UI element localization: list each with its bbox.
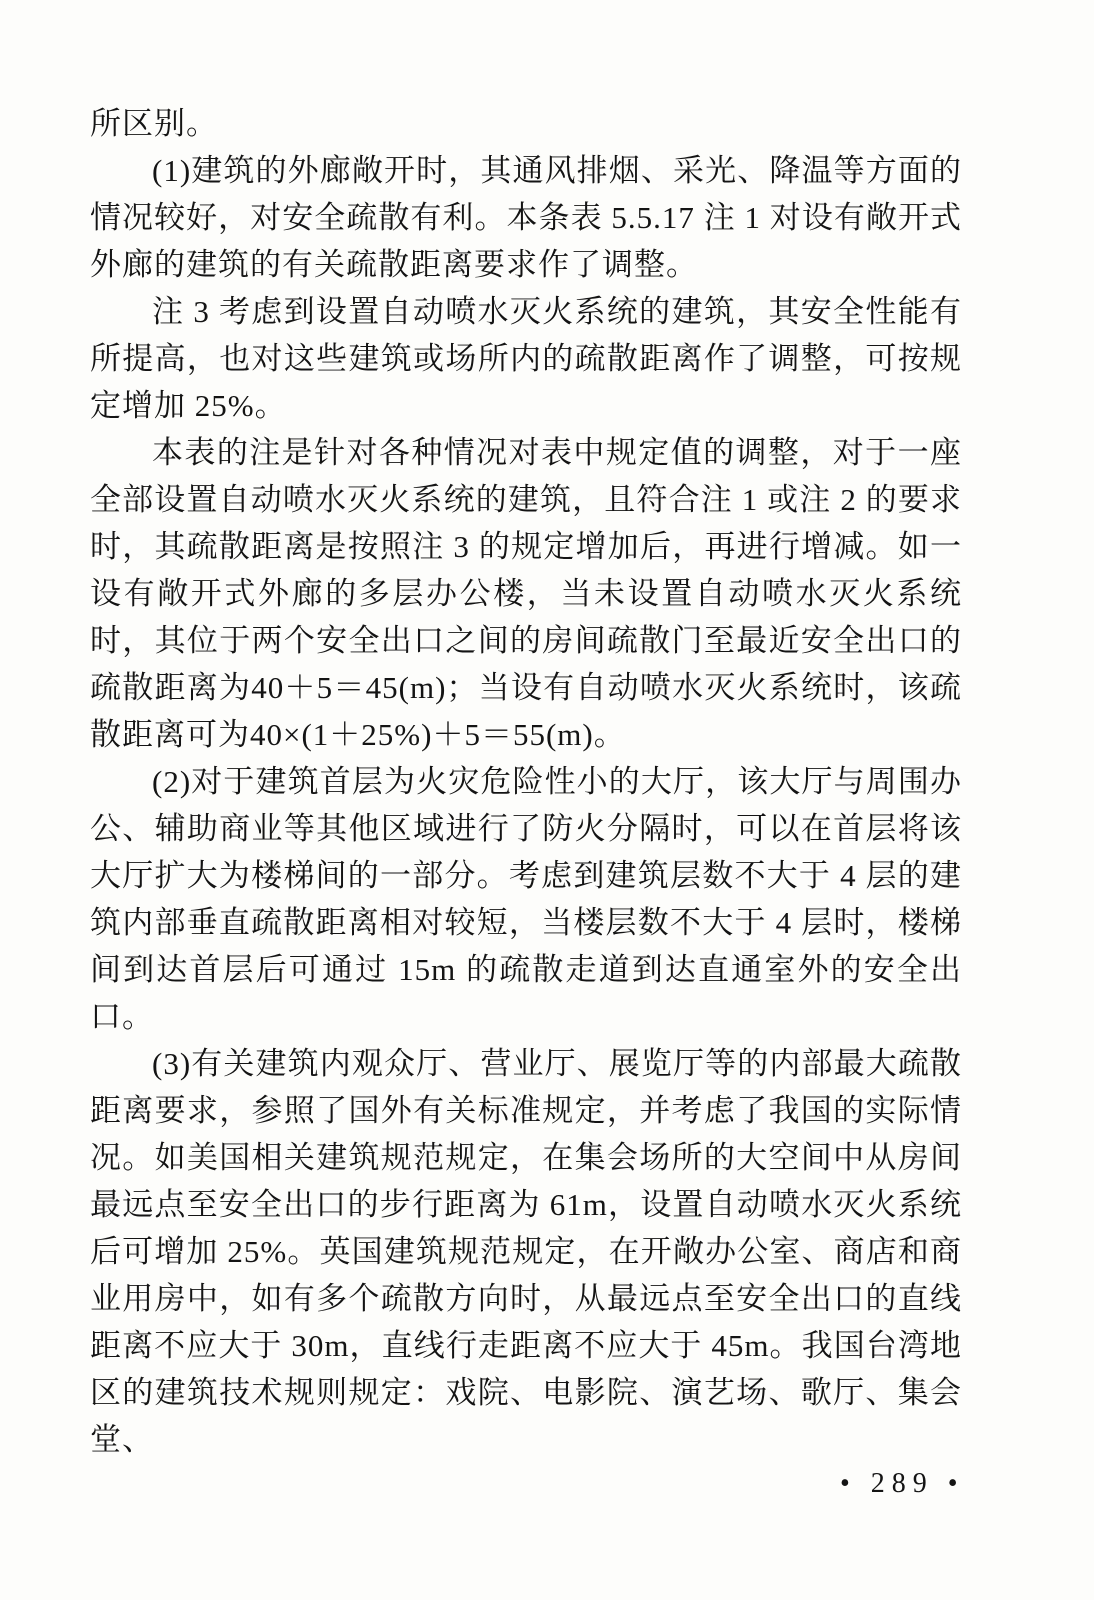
body-text: 所区别。(1)建筑的外廊敞开时，其通风排烟、采光、降温等方面的情况较好，对安全疏… [90,100,962,1463]
paragraph: 本表的注是针对各种情况对表中规定值的调整，对于一座全部设置自动喷水灭火系统的建筑… [90,429,962,758]
book-page: 所区别。(1)建筑的外廊敞开时，其通风排烟、采光、降温等方面的情况较好，对安全疏… [0,0,1094,1600]
paragraph: (1)建筑的外廊敞开时，其通风排烟、采光、降温等方面的情况较好，对安全疏散有利。… [90,147,962,288]
paragraph: (3)有关建筑内观众厅、营业厅、展览厅等的内部最大疏散距离要求，参照了国外有关标… [90,1040,962,1463]
page-number: • 289 • [840,1468,965,1500]
paragraph: 注 3 考虑到设置自动喷水灭火系统的建筑，其安全性能有所提高，也对这些建筑或场所… [90,288,962,429]
paragraph: 所区别。 [90,100,962,147]
paragraph: (2)对于建筑首层为火灾危险性小的大厅，该大厅与周围办公、辅助商业等其他区域进行… [90,758,962,1040]
